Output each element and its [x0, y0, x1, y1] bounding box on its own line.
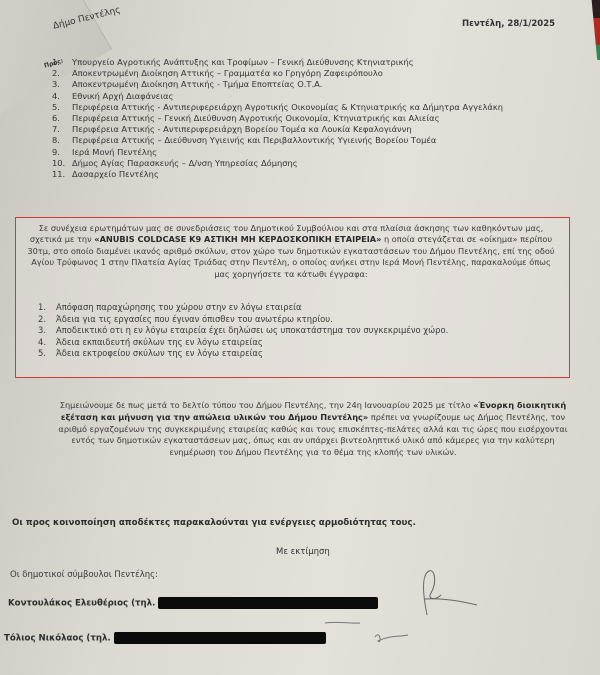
letter-date: Πεντέλη, 28/1/2025 [462, 19, 555, 29]
document-text: Αποδεικτικό οτι η εν λόγω εταιρεία έχει … [56, 325, 448, 335]
requested-document-item: 1.Απόφαση παραχώρησης του χώρου στην εν … [38, 302, 448, 314]
document-text: Απόφαση παραχώρησης του χώρου στην εν λό… [56, 302, 301, 312]
recipient-text: Δασαρχείο Πεντέλης [72, 169, 159, 179]
recipient-number: 6. [52, 113, 72, 124]
recipient-item: 2.Αποκεντρωμένη Διοίκηση Αττικής – Γραμμ… [52, 68, 503, 79]
redacted-phone [158, 597, 378, 609]
redacted-phone [114, 632, 326, 644]
request-paragraph: Σε συνέχεια ερωτημάτων μας σε συνεδριάσε… [26, 223, 556, 280]
letter-page: Δήμο Πεντέλης Πεντέλη, 28/1/2025 Προς: 1… [0, 0, 600, 675]
document-text: Άδεια εκτροφείου σκύλων της εν λόγω εται… [56, 348, 263, 358]
document-number: 1. [38, 302, 56, 314]
recipient-list: 1.Υπουργείο Αγροτικής Ανάπτυξης και Τροφ… [52, 57, 503, 180]
para2-text-start: Σημειώνουμε δε πως μετά το δελτίο τύπου … [60, 400, 473, 410]
signature-2-icon [320, 615, 410, 655]
recipient-text: Περιφέρεια Αττικής – Γενική Διεύθυνση Αγ… [72, 113, 440, 123]
recipient-number: 1. [52, 57, 72, 68]
recipient-item: 10.Δήμος Αγίας Παρασκευής – Δ/νση Υπηρεσ… [52, 158, 503, 169]
second-paragraph: Σημειώνουμε δε πως μετά το δελτίο τύπου … [48, 400, 578, 459]
background-object [586, 0, 600, 60]
recipient-item: 8.Περιφέρεια Αττικής – Διεύθυνση Υγιεινή… [52, 135, 503, 146]
requested-documents-list: 1.Απόφαση παραχώρησης του χώρου στην εν … [38, 302, 448, 360]
document-number: 2. [38, 314, 56, 326]
requested-document-item: 5.Άδεια εκτροφείου σκύλων της εν λόγω ετ… [38, 348, 448, 360]
recipient-number: 3. [52, 79, 72, 90]
recipient-number: 9. [52, 147, 72, 158]
recipient-text: Ιερά Μονή Πεντέλης [72, 147, 157, 157]
recipient-text: Περιφέρεια Αττικής – Διεύθυνση Υγιεινής … [72, 135, 436, 145]
recipient-text: Υπουργείο Αγροτικής Ανάπτυξης και Τροφίμ… [72, 57, 414, 67]
recipient-text: Δήμος Αγίας Παρασκευής – Δ/νση Υπηρεσίας… [72, 158, 298, 168]
recipient-number: 8. [52, 135, 72, 146]
company-name: «ANUBIS COLDCASE K9 ΑΣΤΙΚΗ ΜΗ ΚΕΡΔΟΣΚΟΠΙ… [94, 234, 381, 244]
recipient-item: 7.Περιφέρεια Αττικής - Αντιπεριφερειάρχη… [52, 124, 503, 135]
document-number: 4. [38, 337, 56, 349]
requested-document-item: 4.Άδεια εκπαιδευτή σκύλων της εν λόγω ετ… [38, 337, 448, 349]
recipient-item: 11.Δασαρχείο Πεντέλης [52, 169, 503, 180]
document-number: 5. [38, 348, 56, 360]
requested-document-item: 2.Άδεια για τις εργασίες που έγιναν όπισ… [38, 314, 448, 326]
closing-salutation: Με εκτίμηση [276, 547, 330, 557]
recipient-item: 5.Περιφέρεια Αττικής - Αντιπεριφερειάρχη… [52, 102, 503, 113]
notice-line: Οι προς κοινοποίηση αποδέκτες παρακαλούν… [12, 518, 416, 528]
recipient-text: Περιφέρεια Αττικής - Αντιπεριφερειάρχη Α… [72, 102, 503, 112]
signer-2-name: Τόλιος Νικόλαος (τηλ. [4, 634, 111, 644]
recipient-item: 6.Περιφέρεια Αττικής – Γενική Διεύθυνση … [52, 113, 503, 124]
recipient-number: 7. [52, 124, 72, 135]
recipient-number: 4. [52, 91, 72, 102]
recipient-text: Εθνική Αρχή Διαφάνειας [72, 91, 173, 101]
recipient-text: Αποκεντρωμένη Διοίκηση Αττικής - Τμήμα Ε… [72, 79, 322, 89]
recipient-item: 3.Αποκεντρωμένη Διοίκηση Αττικής - Τμήμα… [52, 79, 503, 90]
requested-document-item: 3.Αποδεικτικό οτι η εν λόγω εταιρεία έχε… [38, 325, 448, 337]
signer-1: Κοντουλάκος Ελευθέριος (τηλ. [8, 597, 378, 609]
recipient-number: 11. [52, 169, 72, 180]
signer-2: Τόλιος Νικόλαος (τηλ. [4, 632, 326, 644]
document-number: 3. [38, 325, 56, 337]
recipient-number: 10. [52, 158, 72, 169]
recipient-number: 2. [52, 68, 72, 79]
recipient-item: 9.Ιερά Μονή Πεντέλης [52, 147, 503, 158]
recipient-text: Αποκεντρωμένη Διοίκηση Αττικής – Γραμματ… [72, 68, 383, 78]
recipient-number: 5. [52, 102, 72, 113]
recipient-item: 4.Εθνική Αρχή Διαφάνειας [52, 91, 503, 102]
highlighted-request-box: Σε συνέχεια ερωτημάτων μας σε συνεδριάσε… [15, 217, 570, 378]
councillors-label: Οι δημοτικοί σύμβουλοι Πεντέλης: [10, 570, 158, 580]
document-text: Άδεια εκπαιδευτή σκύλων της εν λόγω εται… [56, 337, 263, 347]
signature-1-icon [405, 565, 485, 625]
recipient-item: 1.Υπουργείο Αγροτικής Ανάπτυξης και Τροφ… [52, 57, 503, 68]
recipient-text: Περιφέρεια Αττικής - Αντιπεριφερειάρχη Β… [72, 124, 412, 134]
signer-1-name: Κοντουλάκος Ελευθέριος (τηλ. [8, 599, 155, 609]
document-text: Άδεια για τις εργασίες που έγιναν όπισθε… [56, 314, 333, 324]
